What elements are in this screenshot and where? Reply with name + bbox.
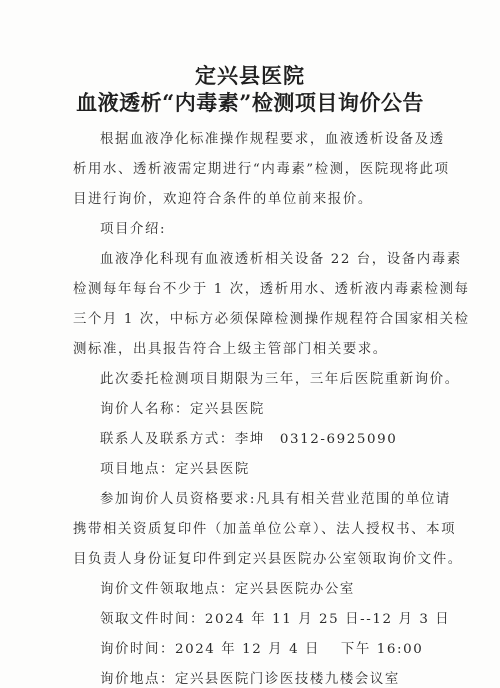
document-page: 定兴县医院 血液透析“内毒素”检测项目询价公告 根据血液净化标准操作规程要求，血… [0,0,500,688]
inquirer-line: 询价人名称：定兴县医院 [100,398,265,417]
project-line-4: 测标准，出具报告符合上级主管部门相关要求。 [73,338,388,357]
inquiry-place: 询价地点：定兴县医院门诊医技楼九楼会议室 [100,668,400,687]
contact-line: 联系人及联系方式：李坤 0312-6925090 [100,428,397,447]
qualification-line-2: 携带相关资质复印件（加盖单位公章）、法人授权书、本项 [73,518,456,537]
intro-line-3: 目进行询价，欢迎符合条件的单位前来报价。 [73,188,373,207]
project-line-1: 血液净化科现有血液透析相关设备 22 台，设备内毒素 [100,248,462,267]
term-line: 此次委托检测项目期限为三年，三年后医院重新询价。 [100,368,460,387]
project-label: 项目介绍: [100,218,166,237]
doc-pickup-place: 询价文件领取地点：定兴县医院办公室 [100,578,355,597]
doc-pickup-time: 领取文件时间：2024 年 11 月 25 日--12 月 3 日 [100,608,450,627]
announcement-title: 血液透析“内毒素”检测项目询价公告 [0,87,500,117]
organization-title: 定兴县医院 [0,60,500,90]
intro-line-2: 析用水、透析液需定期进行“内毒素”检测，医院现将此项 [73,158,450,177]
inquiry-time: 询价时间：2024 年 12 月 4 日 下午 16:00 [100,638,423,657]
intro-line-1: 根据血液净化标准操作规程要求，血液透析设备及透 [100,128,445,147]
qualification-line-3: 目负责人身份证复印件到定兴县医院办公室领取询价文件。 [73,548,463,567]
location-line: 项目地点：定兴县医院 [100,458,250,477]
project-line-2: 检测每年每台不少于 1 次，透析用水、透析液内毒素检测每 [73,278,470,297]
project-line-3: 三个月 1 次，中标方必须保障检测操作规程符合国家相关检 [73,308,470,327]
qualification-line-1: 参加询价人员资格要求:凡具有相关营业范围的单位请 [100,488,451,507]
